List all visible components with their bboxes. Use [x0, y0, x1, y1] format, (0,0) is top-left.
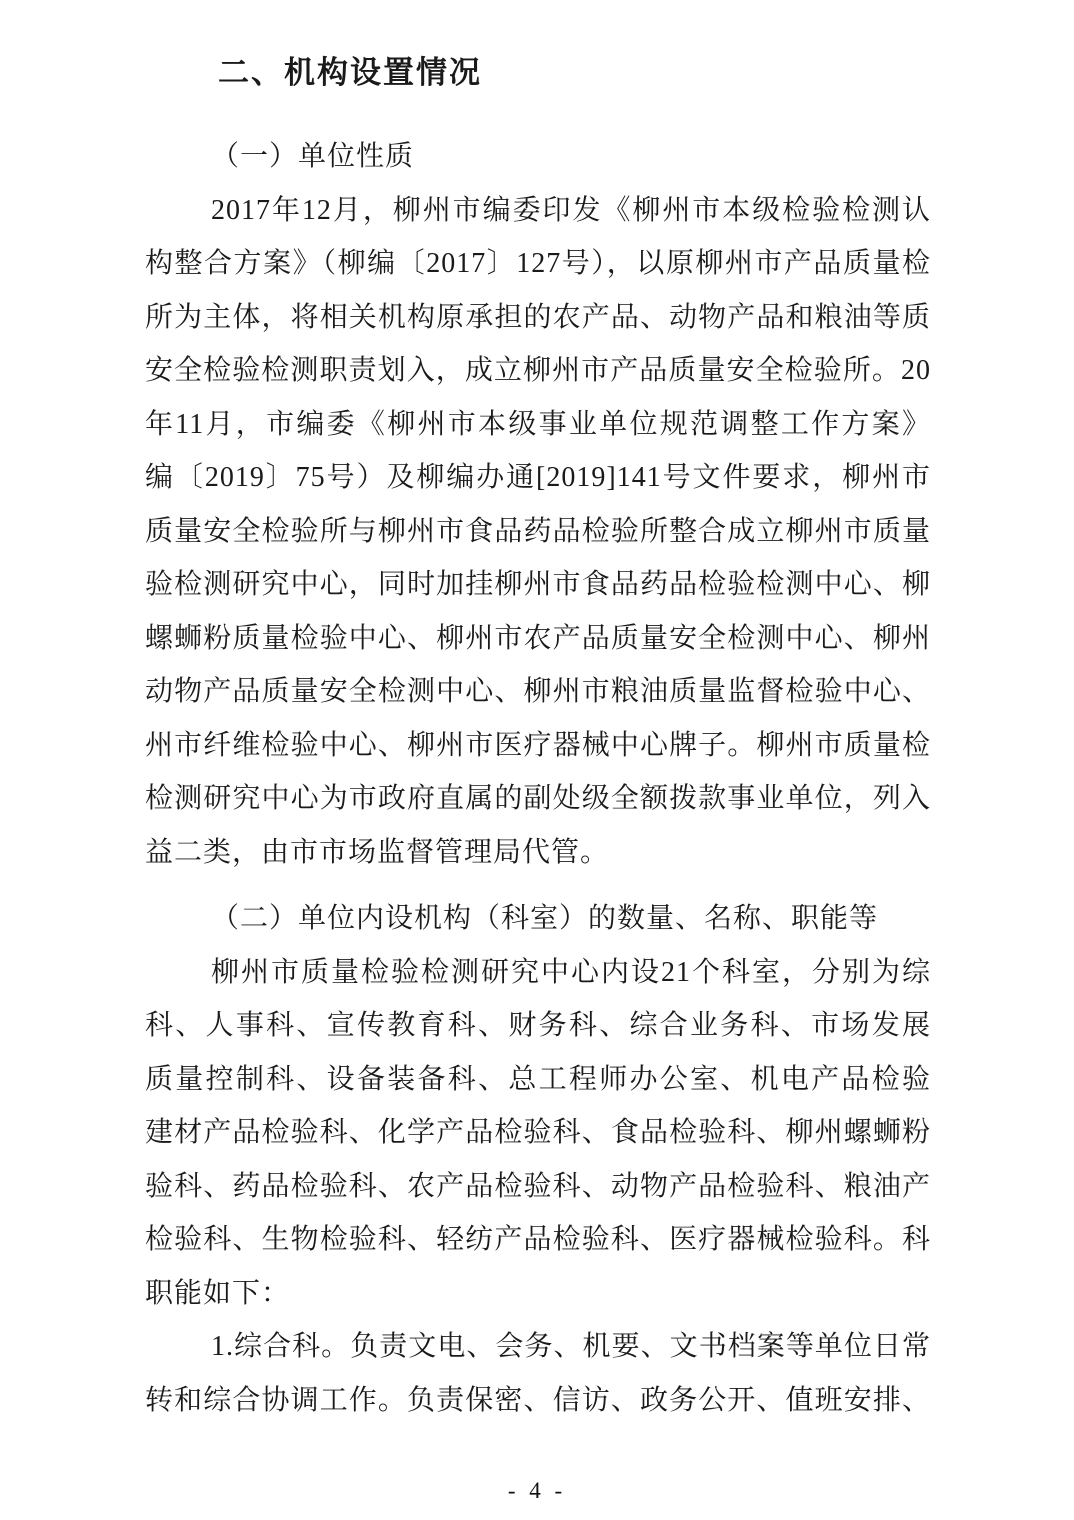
subsection-title-1: （一）单位性质 — [145, 130, 931, 184]
text-line: 益二类，由市市场监督管理局代管。 — [145, 826, 931, 880]
text-line: 柳州市质量检验检测研究中心内设21个科室，分别为综合 — [145, 946, 931, 1000]
text-line: 螺蛳粉质量检验中心、柳州市农产品质量安全检测中心、柳州市 — [145, 612, 931, 666]
text-line: 职能如下： — [145, 1267, 931, 1321]
text-line: 2017年12月，柳州市编委印发《柳州市本级检验检测认证机 — [145, 184, 931, 238]
section-heading: 二、机构设置情况 — [218, 53, 931, 93]
document-page: 二、机构设置情况 （一）单位性质 2017年12月，柳州市编委印发《柳州市本级检… — [0, 0, 1074, 1520]
text-line: 动物产品质量安全检测中心、柳州市粮油质量监督检验中心、柳 — [145, 665, 931, 719]
paragraph-2: 柳州市质量检验检测研究中心内设21个科室，分别为综合 科、人事科、宣传教育科、财… — [145, 946, 931, 1321]
text-line: 质量安全检验所与柳州市食品药品检验所整合成立柳州市质量检 — [145, 505, 931, 559]
text-line: 转和综合协调工作。负责保密、信访、政务公开、值班安排、公 — [145, 1374, 931, 1428]
paragraph-1: 2017年12月，柳州市编委印发《柳州市本级检验检测认证机 构整合方案》（柳编〔… — [145, 184, 931, 880]
page-number: - 4 - — [0, 1478, 1074, 1504]
text-line: 年11月，市编委《柳州市本级事业单位规范调整工作方案》（柳 — [145, 398, 931, 452]
text-line: 质量控制科、设备装备科、总工程师办公室、机电产品检验科、 — [145, 1053, 931, 1107]
text-line: 构整合方案》（柳编〔2017〕127号），以原柳州市产品质量检验 — [145, 237, 931, 291]
text-line: 州市纤维检验中心、柳州市医疗器械中心牌子。柳州市质量检验 — [145, 719, 931, 773]
text-line: 编〔2019〕75号）及柳编办通[2019]141号文件要求，柳州市产品 — [145, 451, 931, 505]
paragraph-3: 1.综合科。负责文电、会务、机要、文书档案等单位日常运 转和综合协调工作。负责保… — [145, 1320, 931, 1427]
text-line: 验检测研究中心，同时加挂柳州市食品药品检验检测中心、柳州 — [145, 558, 931, 612]
text-line: 安全检验检测职责划入，成立柳州市产品质量安全检验所。2019 — [145, 344, 931, 398]
text-line: 检测研究中心为市政府直属的副处级全额拨款事业单位，列入公 — [145, 772, 931, 826]
text-line: 1.综合科。负责文电、会务、机要、文书档案等单位日常运 — [145, 1320, 931, 1374]
text-line: 建材产品检验科、化学产品检验科、食品检验科、柳州螺蛳粉检 — [145, 1106, 931, 1160]
subsection-title-2: （二）单位内设机构（科室）的数量、名称、职能等 — [145, 892, 931, 946]
text-line: 验科、药品检验科、农产品检验科、动物产品检验科、粮油产品 — [145, 1160, 931, 1214]
text-line: 所为主体，将相关机构原承担的农产品、动物产品和粮油等质量 — [145, 291, 931, 345]
text-line: 科、人事科、宣传教育科、财务科、综合业务科、市场发展科、 — [145, 999, 931, 1053]
text-line: 检验科、生物检验科、轻纺产品检验科、医疗器械检验科。科室 — [145, 1213, 931, 1267]
